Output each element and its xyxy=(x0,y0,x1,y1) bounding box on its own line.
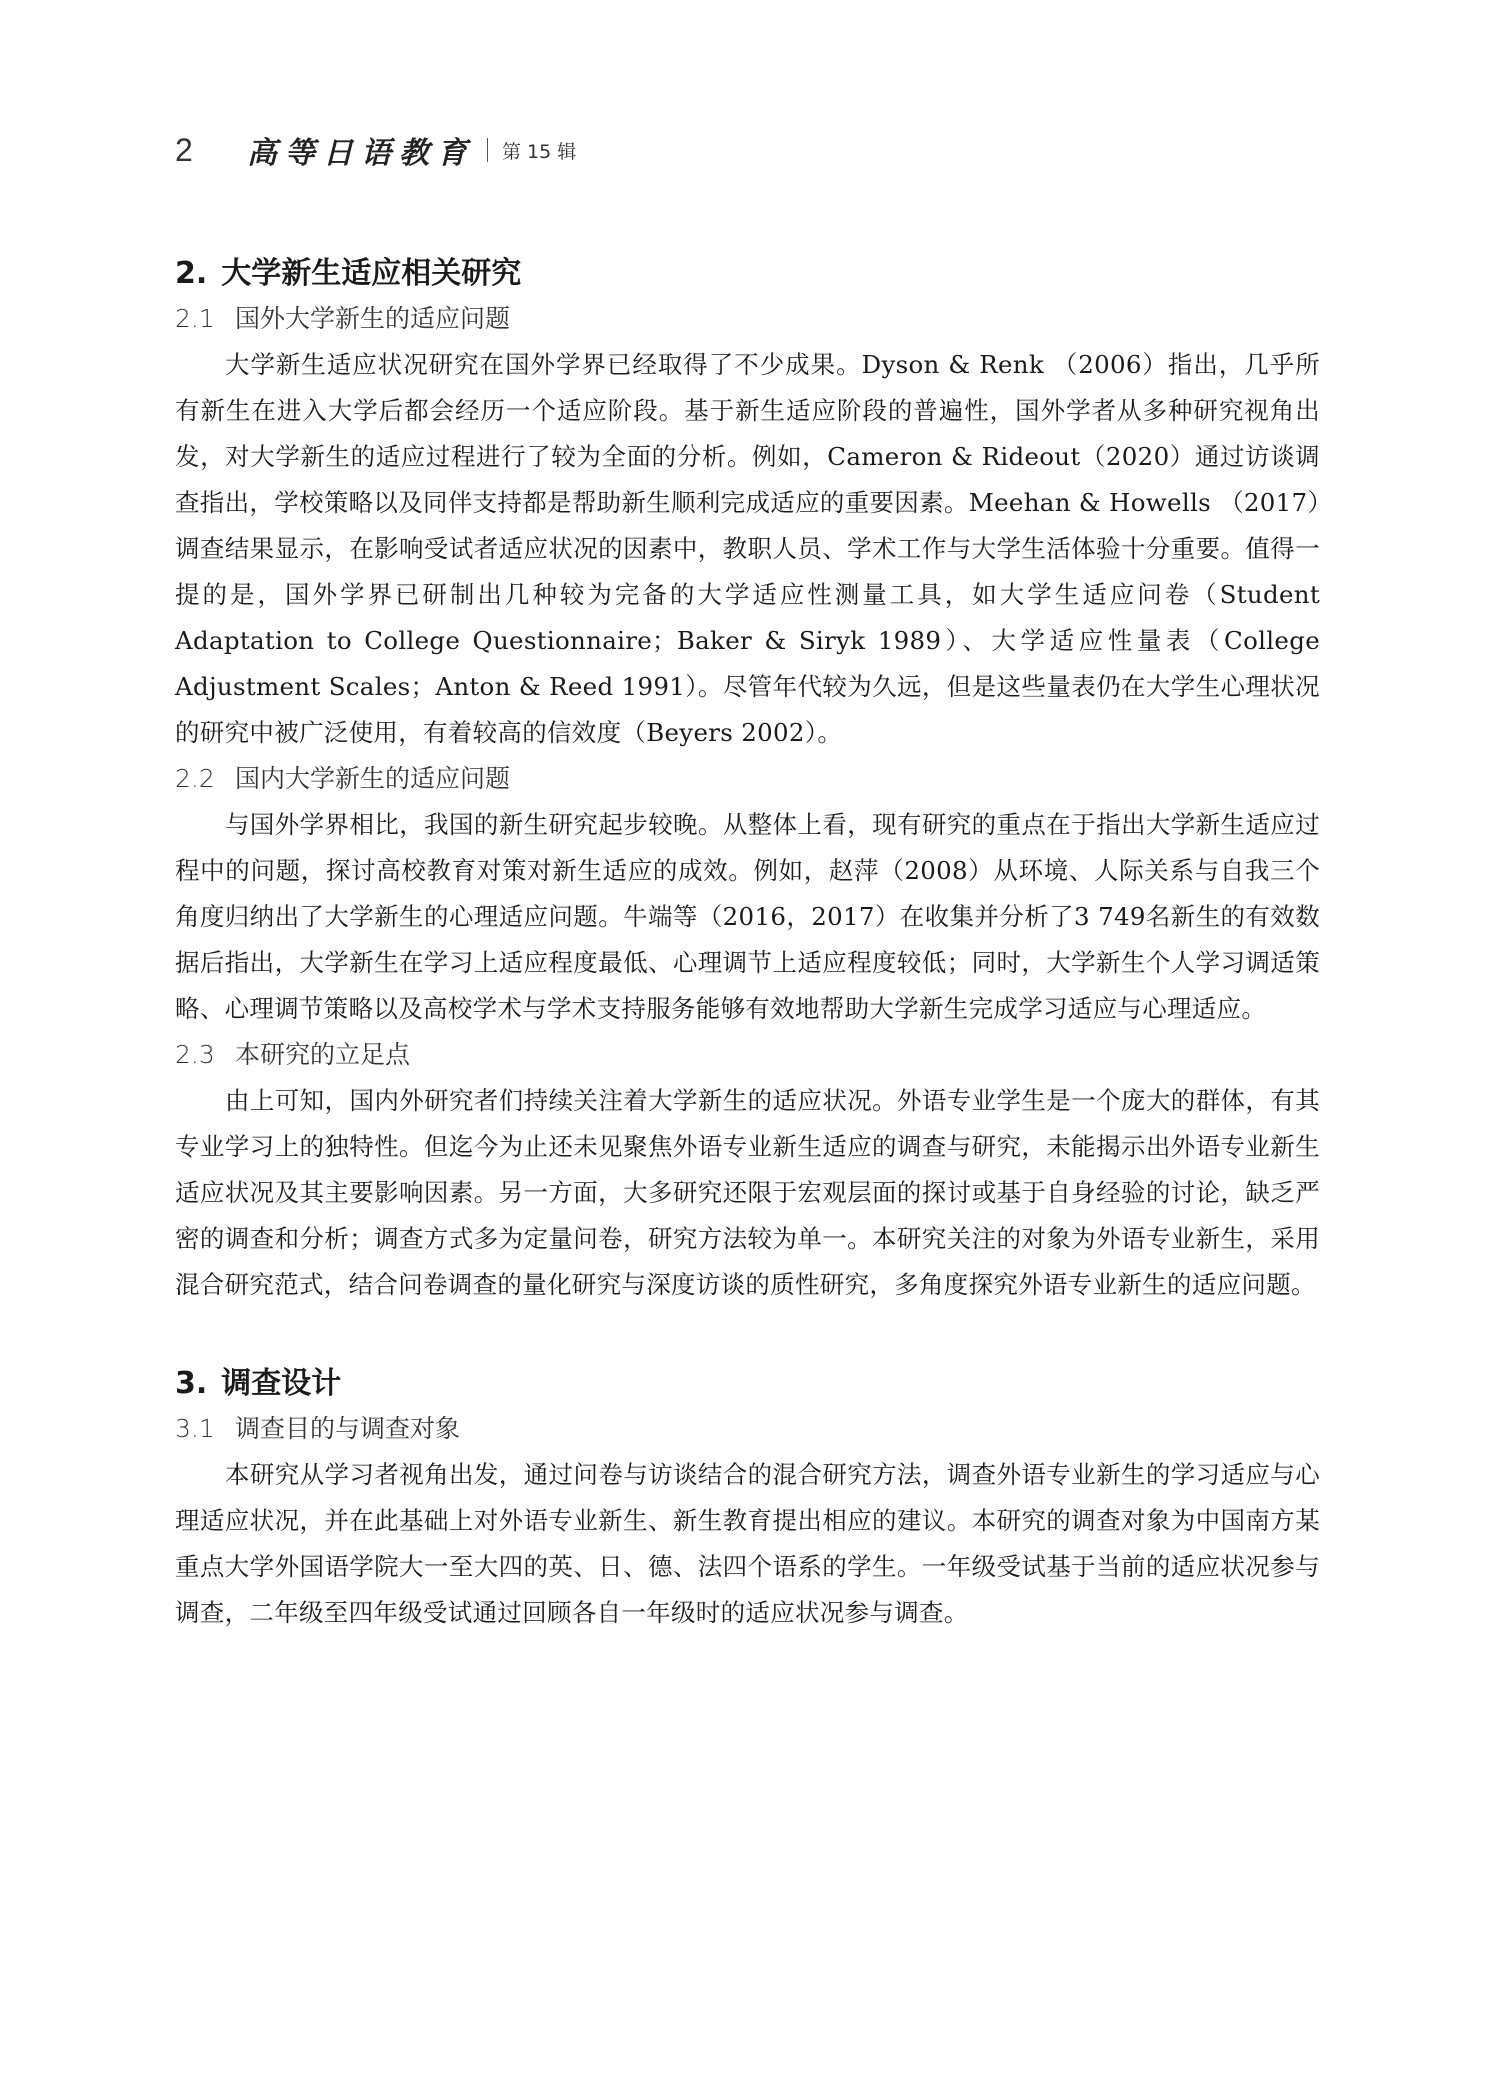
paragraph-3-1: 本研究从学习者视角出发，通过问卷与访谈结合的混合研究方法，调查外语专业新生的学习… xyxy=(175,1452,1320,1636)
subsection-number: 2.3 xyxy=(175,1032,235,1078)
header-separator xyxy=(487,138,488,162)
section-title: 调查设计 xyxy=(221,1366,341,1401)
subsection-title: 国外大学新生的适应问题 xyxy=(235,304,510,333)
paragraph-2-1: 大学新生适应状况研究在国外学界已经取得了不少成果。Dyson & Renk （2… xyxy=(175,342,1320,756)
section-number: 2. xyxy=(175,256,207,291)
subsection-heading-2-3: 2.3本研究的立足点 xyxy=(175,1032,1320,1078)
article-body: 2.大学新生适应相关研究 2.1国外大学新生的适应问题 大学新生适应状况研究在国… xyxy=(175,252,1320,1636)
paragraph-2-2: 与国外学界相比，我国的新生研究起步较晚。从整体上看，现有研究的重点在于指出大学新… xyxy=(175,802,1320,1032)
issue-label: 第 15 辑 xyxy=(502,137,576,164)
page-number: 2 xyxy=(175,132,225,169)
section-heading-2: 2.大学新生适应相关研究 xyxy=(175,252,1320,296)
subsection-number: 3.1 xyxy=(175,1406,235,1452)
subsection-title: 调查目的与调查对象 xyxy=(235,1414,460,1443)
subsection-heading-2-1: 2.1国外大学新生的适应问题 xyxy=(175,296,1320,342)
section-title: 大学新生适应相关研究 xyxy=(221,256,521,291)
running-header: 2 高等日语教育 第 15 辑 xyxy=(175,128,576,172)
section-spacer xyxy=(175,1308,1320,1362)
subsection-title: 本研究的立足点 xyxy=(235,1040,410,1069)
subsection-heading-3-1: 3.1调查目的与调查对象 xyxy=(175,1406,1320,1452)
journal-title: 高等日语教育 xyxy=(247,128,475,172)
section-number: 3. xyxy=(175,1366,207,1401)
subsection-number: 2.2 xyxy=(175,756,235,802)
paragraph-2-3: 由上可知，国内外研究者们持续关注着大学新生的适应状况。外语专业学生是一个庞大的群… xyxy=(175,1078,1320,1308)
subsection-number: 2.1 xyxy=(175,296,235,342)
subsection-heading-2-2: 2.2国内大学新生的适应问题 xyxy=(175,756,1320,802)
section-heading-3: 3.调查设计 xyxy=(175,1362,1320,1406)
subsection-title: 国内大学新生的适应问题 xyxy=(235,764,510,793)
